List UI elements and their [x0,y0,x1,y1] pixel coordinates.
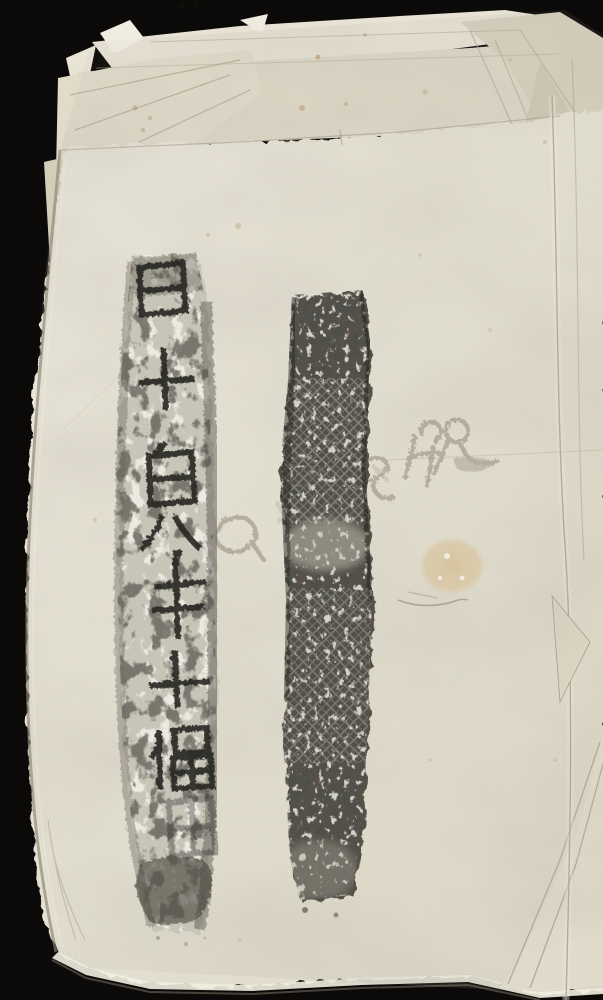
scanned-rubbing-page [0,0,603,1000]
left-rubbing-strip [115,252,216,932]
rubbing-page-canvas [0,0,603,1000]
right-rubbing-strip [278,290,374,918]
